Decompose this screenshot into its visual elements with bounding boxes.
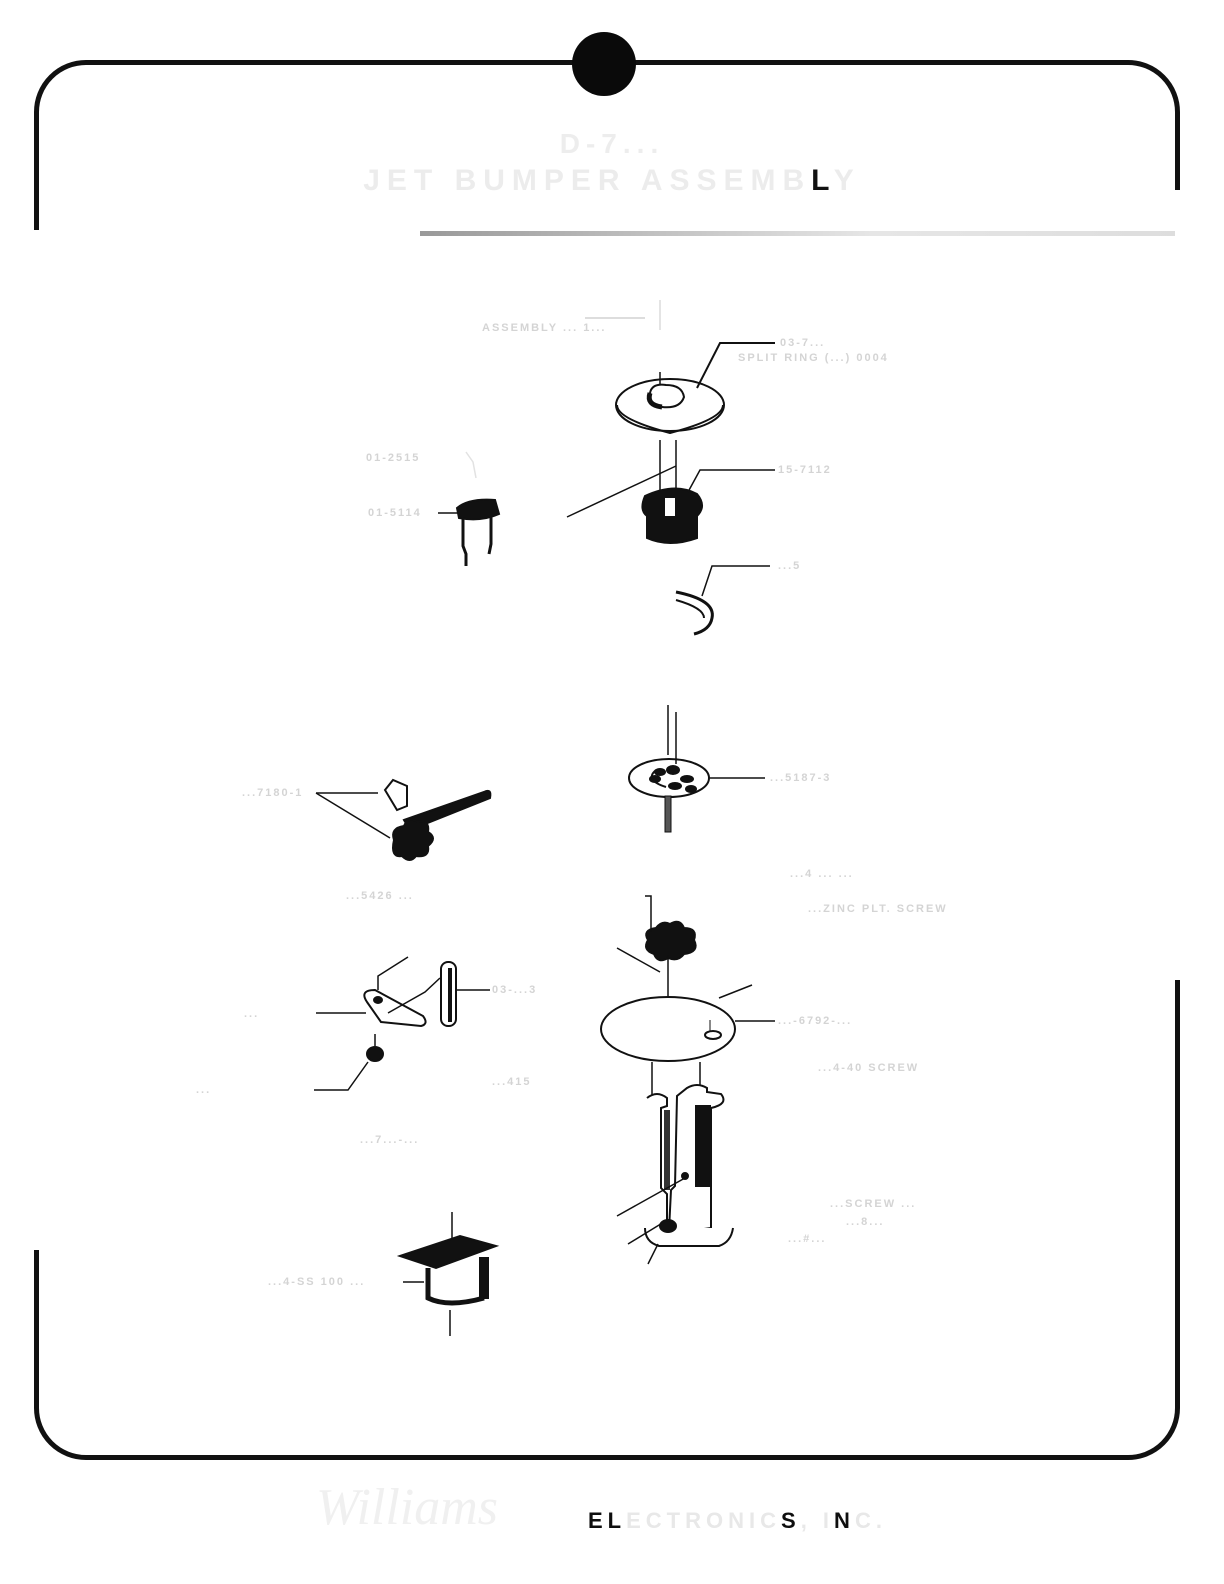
label-disc-note: ...4-40 SCREW [818, 1062, 919, 1074]
label-mid-left: ...5426 ... [346, 890, 414, 902]
assembly-header-note: ASSEMBLY ... 1... [482, 322, 606, 334]
label-plunger: 03-...3 [492, 984, 537, 996]
spring-ring-part [668, 566, 770, 755]
company-part-4: , I [801, 1508, 834, 1533]
company-part-1: EL [588, 1508, 626, 1533]
coil-bracket-part [400, 1212, 496, 1336]
label-nut: ... [196, 1084, 211, 1096]
label-switch-bracket: ...7180-1 [242, 787, 303, 799]
label-upper-left-2: 01-5114 [368, 507, 422, 519]
plunger-link-part [314, 957, 490, 1090]
label-wire-note: ...4 ... ... [790, 868, 854, 880]
label-switch-plate: ...5187-3 [770, 772, 831, 784]
company-part-2: ECTRONIC [626, 1508, 781, 1533]
label-disc: ...-6792-... [778, 1015, 852, 1027]
label-lower-left: ...7...-... [360, 1134, 419, 1146]
bumper-body-part [567, 466, 775, 543]
company-name: ELECTRONICS, INC. [588, 1508, 887, 1534]
playfield-disc-part [601, 985, 775, 1061]
label-ring: ...5 [778, 560, 801, 572]
bumper-ring-part [617, 896, 696, 1000]
label-bumper-cap: 03-7... [780, 337, 825, 349]
label-screw-note: ...ZINC PLT. SCREW [808, 903, 948, 915]
company-part-3: S [781, 1508, 801, 1533]
label-upper-left-1: 01-2515 [366, 452, 420, 464]
label-body: 15-7112 [778, 464, 832, 476]
coil-frame-part [617, 1062, 733, 1264]
exploded-view-diagram [0, 0, 1224, 1584]
label-coil-bracket: ...4-SS 100 ... [268, 1276, 365, 1288]
company-part-6: C. [855, 1508, 887, 1533]
label-bumper-cap-note: SPLIT RING (...) 0004 [738, 352, 889, 364]
top-left-bracket-part [438, 452, 499, 566]
label-frame-note-3: ...#... [788, 1233, 826, 1245]
label-yoke: ... [244, 1008, 259, 1020]
company-part-5: N [834, 1508, 855, 1533]
label-frame-note-1: ...SCREW ... [830, 1198, 916, 1210]
switch-bracket-part [316, 780, 490, 860]
label-spring: ...415 [492, 1076, 532, 1088]
switch-plate-part [629, 712, 765, 832]
label-frame-note-2: ...8... [846, 1216, 884, 1228]
williams-logo: Williams [316, 1478, 498, 1537]
